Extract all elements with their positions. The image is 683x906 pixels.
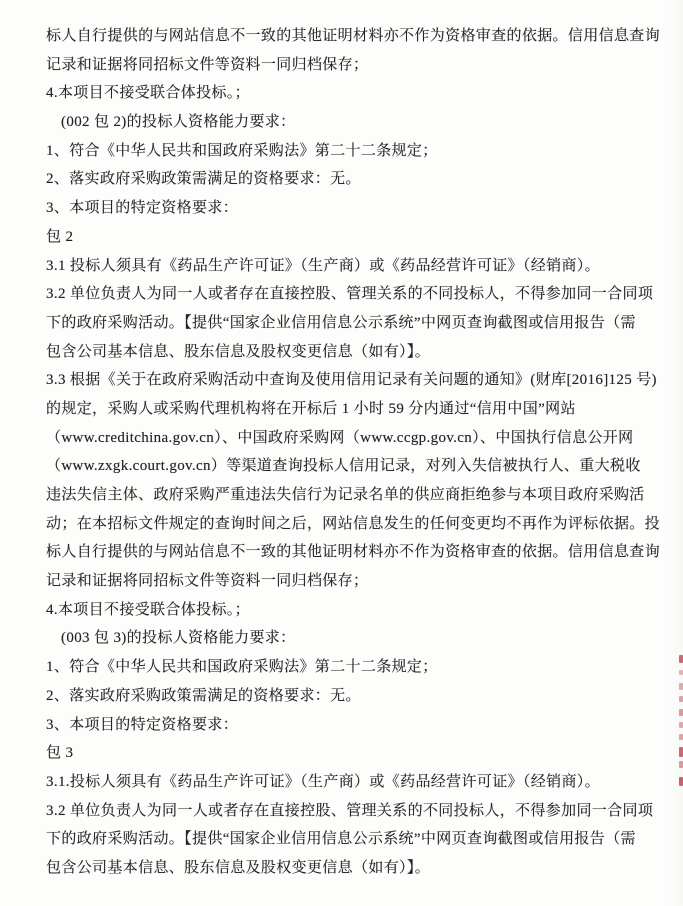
text-line: 包 3 [46, 739, 636, 768]
text-line: 标人自行提供的与网站信息不一致的其他证明材料亦不作为资格审查的依据。信用信息查询 [46, 22, 636, 51]
text-line: 3、本项目的特定资格要求： [46, 194, 636, 223]
text-line: （www.zxgk.court.gov.cn）等渠道查询投标人信用记录，对列入失… [46, 452, 636, 481]
text-line: 4.本项目不接受联合体投标。； [46, 79, 636, 108]
text-line: 的规定，采购人或采购代理机构将在开标后 1 小时 59 分内通过“信用中国”网站 [46, 395, 636, 424]
scan-red-edge-marks [677, 0, 683, 906]
text-line: 标人自行提供的与网站信息不一致的其他证明材料亦不作为资格审查的依据。信用信息查询 [46, 538, 636, 567]
red-edge-mark [679, 761, 683, 768]
text-line: 下的政府采购活动。【提供“国家企业信用信息公示系统”中网页查询截图或信用报告（需 [46, 309, 636, 338]
text-line: 包 2 [46, 223, 636, 252]
document-page: 标人自行提供的与网站信息不一致的其他证明材料亦不作为资格审查的依据。信用信息查询… [0, 0, 683, 906]
text-line: 动；在本招标文件规定的查询时间之后，网站信息发生的任何变更均不再作为评标依据。投 [46, 510, 636, 539]
text-line: 3.3 根据《关于在政府采购活动中查询及使用信用记录有关问题的通知》(财库[20… [46, 366, 636, 395]
red-edge-mark [679, 734, 683, 740]
text-line: 1、符合《中华人民共和国政府采购法》第二十二条规定； [46, 137, 636, 166]
text-line: 包含公司基本信息、股东信息及股权变更信息（如有）】。 [46, 854, 636, 883]
text-line: 3.2 单位负责人为同一人或者存在直接控股、管理关系的不同投标人，不得参加同一合… [46, 280, 636, 309]
text-line: 1、符合《中华人民共和国政府采购法》第二十二条规定； [46, 653, 636, 682]
text-line: 3.1.投标人须具有《药品生产许可证》（生产商）或《药品经营许可证》（经销商）。 [46, 768, 636, 797]
text-line: 包含公司基本信息、股东信息及股权变更信息（如有）】。 [46, 338, 636, 367]
red-edge-mark [679, 683, 683, 690]
red-edge-mark [679, 670, 683, 675]
red-edge-mark [679, 747, 683, 757]
document-text: 标人自行提供的与网站信息不一致的其他证明材料亦不作为资格审查的依据。信用信息查询… [46, 22, 636, 883]
red-edge-mark [679, 722, 683, 728]
text-line: （www.creditchina.gov.cn）、中国政府采购网（www.ccg… [46, 424, 636, 453]
text-line: 4.本项目不接受联合体投标。； [46, 596, 636, 625]
text-line: 3.1 投标人须具有《药品生产许可证》（生产商）或《药品经营许可证》（经销商）。 [46, 252, 636, 281]
red-edge-mark [679, 709, 683, 716]
text-line: 2、落实政府采购政策需满足的资格要求：无。 [46, 165, 636, 194]
text-line: (002 包 2)的投标人资格能力要求： [46, 108, 636, 137]
text-line: 3、本项目的特定资格要求： [46, 711, 636, 740]
red-edge-mark [679, 777, 683, 786]
text-line: 违法失信主体、政府采购严重违法失信行为记录名单的供应商拒绝参与本项目政府采购活 [46, 481, 636, 510]
text-line: 记录和证据将同招标文件等资料一同归档保存； [46, 51, 636, 80]
text-line: 2、落实政府采购政策需满足的资格要求：无。 [46, 682, 636, 711]
red-edge-mark [679, 655, 683, 663]
text-line: 3.2 单位负责人为同一人或者存在直接控股、管理关系的不同投标人，不得参加同一合… [46, 797, 636, 826]
text-line: 下的政府采购活动。【提供“国家企业信用信息公示系统”中网页查询截图或信用报告（需 [46, 825, 636, 854]
text-line: 记录和证据将同招标文件等资料一同归档保存； [46, 567, 636, 596]
red-edge-mark [679, 696, 683, 702]
text-line: (003 包 3)的投标人资格能力要求： [46, 624, 636, 653]
